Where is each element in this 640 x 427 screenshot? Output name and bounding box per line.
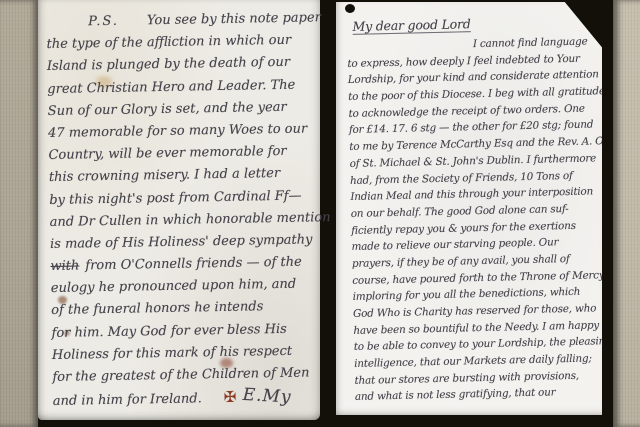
struck-word: with — [50, 259, 79, 275]
handwriting-text: and in him for Ireland. — [53, 392, 202, 410]
left-page-handwriting: P.S.You see by this note paper the type … — [46, 7, 325, 411]
letter-page-right: 1847 My dear good Lord I cannot find lan… — [336, 2, 602, 415]
handwriting-line: and in him for Ireland.✠E.My — [53, 384, 325, 411]
signature: E.My — [242, 384, 292, 409]
handwriting-text: You see by this note paper — [147, 10, 321, 28]
postscript-label: P.S. — [88, 14, 119, 30]
right-page-handwriting: 1847 My dear good Lord I cannot find lan… — [346, 0, 607, 406]
album-cloth-edge-left — [0, 0, 38, 427]
letter-page-left: P.S.You see by this note paper the type … — [38, 0, 320, 420]
dateline-fragment: 1847 — [534, 0, 564, 6]
photograph-of-letter: P.S.You see by this note paper the type … — [0, 0, 640, 427]
salutation: My dear good Lord — [352, 13, 598, 35]
handwriting-text: from O'Connells friends — of the — [85, 255, 302, 274]
album-cloth-edge-right — [613, 0, 640, 427]
signature-cross-icon: ✠ — [224, 388, 237, 406]
